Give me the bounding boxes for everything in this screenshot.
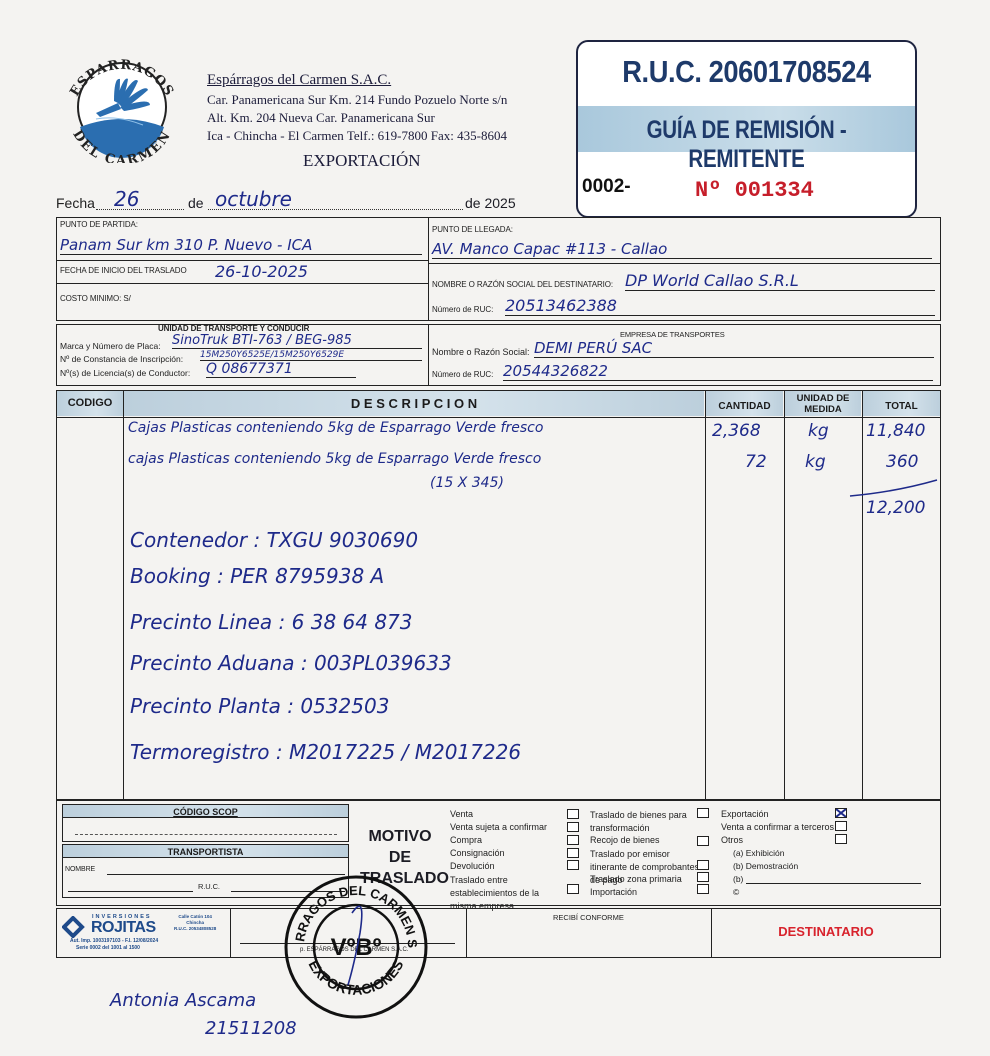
- motivo-transformacion-label: Traslado de bienes para transformación: [590, 809, 690, 835]
- motivo-otros-label: Otros: [721, 835, 743, 845]
- placa-label: Marca y Número de Placa:: [60, 341, 161, 351]
- document-number: Nº 001334: [695, 178, 814, 203]
- asparagus-logo-icon: ESPARRAGOS DEL CARMEN: [58, 35, 186, 163]
- unidad-title: UNIDAD DE TRANSPORTE Y CONDUCIR: [158, 324, 309, 333]
- otros-exhibicion: (a) Exhibición: [733, 848, 785, 858]
- row-2-descripcion: cajas Plasticas conteniendo 5kg de Espar…: [128, 451, 541, 467]
- motivo-compra-checkbox[interactable]: [567, 835, 579, 845]
- motivo-importacion-checkbox[interactable]: [697, 884, 709, 894]
- signature-name: Antonia Ascama: [110, 990, 256, 1011]
- printer-aut: Aut. Imp. 1003197103 - F.I. 12/08/2024: [70, 938, 158, 944]
- fecha-year: de 2025: [465, 195, 516, 211]
- motivo-devolucion-label: Devolución: [450, 861, 495, 871]
- note-precinto-planta: Precinto Planta : 0532503: [130, 694, 389, 718]
- col-header-total: TOTAL: [863, 391, 940, 416]
- fecha-label: Fecha: [56, 195, 95, 211]
- transportista-nombre-label: NOMBRE: [65, 866, 95, 873]
- note-termoregistro: Termoregistro : M2017225 / M2017226: [130, 740, 521, 764]
- transportista-header: TRANSPORTISTA: [62, 844, 349, 858]
- col-header-cantidad: CANTIDAD: [706, 391, 783, 416]
- row-2-unidad: kg: [805, 452, 826, 472]
- printer-address: Calle Catón 104 Chincha R.U.C. 205348085…: [174, 914, 216, 932]
- company-name: Espárragos del Carmen S.A.C.: [207, 72, 391, 89]
- printer-name: ROJITAS: [91, 919, 156, 937]
- motivo-consignacion-checkbox[interactable]: [567, 848, 579, 858]
- ruc-box: R.U.C. 20601708524 GUÍA DE REMISIÓN - RE…: [576, 40, 917, 218]
- copy-destinatario-label: DESTINATARIO: [711, 924, 941, 939]
- destinatario-ruc-label: Número de RUC:: [432, 305, 493, 314]
- destinatario-ruc-value[interactable]: 20513462388: [505, 296, 935, 316]
- inicio-traslado-value[interactable]: 26-10-2025: [215, 262, 308, 281]
- motivo-recojo-checkbox[interactable]: [697, 836, 709, 846]
- printer-serie: Serie 0002 del 1001 al 1500: [76, 945, 140, 951]
- empresa-title: EMPRESA DE TRANSPORTES: [620, 330, 725, 339]
- grand-total: 12,200: [866, 498, 925, 518]
- col-header-unidad: UNIDAD DE MEDIDA: [785, 391, 861, 416]
- signature-id: 21511208: [205, 1018, 297, 1039]
- otros-c: ©: [733, 887, 739, 897]
- note-booking: Booking : PER 8795938 A: [130, 564, 384, 588]
- checkmark-x-icon: [836, 809, 846, 817]
- recibi-conforme-label: RECIBÍ CONFORME: [553, 913, 624, 922]
- otros-specify-field[interactable]: [746, 883, 921, 884]
- company-logo: ESPARRAGOS DEL CARMEN: [58, 35, 186, 163]
- row-1-cantidad: 2,368: [712, 421, 761, 441]
- empresa-nombre-value[interactable]: DEMI PERÚ SAC: [534, 339, 934, 358]
- number-value: 001334: [735, 178, 814, 203]
- llegada-value[interactable]: AV. Manco Capac #113 - Callao: [432, 240, 932, 259]
- motivo-venta-terceros-label: Venta a confirmar a terceros: [721, 822, 834, 832]
- motivo-exportacion-checkbox[interactable]: [835, 808, 847, 818]
- motivo-venta-sujeta-label: Venta sujeta a confirmar: [450, 822, 547, 832]
- fecha-month[interactable]: octubre: [215, 187, 292, 211]
- row-1-unidad: kg: [808, 421, 829, 441]
- motivo-venta-terceros-checkbox[interactable]: [835, 821, 847, 831]
- document-serie: 0002-: [582, 176, 631, 198]
- constancia-label: Nº de Constancia de Inscripción:: [60, 354, 183, 364]
- fecha-de-1: de: [188, 195, 204, 211]
- total-sum-line-icon: [845, 476, 945, 500]
- ruc-number: R.U.C. 20601708524: [598, 54, 895, 90]
- scop-header: CÓDIGO SCOP: [62, 804, 349, 818]
- llegada-label: PUNTO DE LLEGADA:: [432, 225, 513, 234]
- partida-label: PUNTO DE PARTIDA:: [60, 220, 138, 229]
- placa-value[interactable]: SinoTruk BTI-763 / BEG-985: [172, 333, 422, 349]
- motivo-traslado-establecimientos-checkbox[interactable]: [567, 884, 579, 894]
- motivo-importacion-label: Importación: [590, 887, 637, 897]
- company-address-2: Alt. Km. 204 Nueva Car. Panamericana Sur: [207, 110, 435, 126]
- guia-title: GUÍA DE REMISIÓN - REMITENTE: [608, 116, 884, 174]
- motivo-zona-primaria-checkbox[interactable]: [697, 872, 709, 882]
- motivo-venta-checkbox[interactable]: [567, 809, 579, 819]
- description-note: (15 X 345): [430, 475, 504, 491]
- note-contenedor: Contenedor : TXGU 9030690: [130, 528, 418, 552]
- svg-text:VºBº: VºBº: [331, 934, 382, 961]
- licencia-value[interactable]: Q 08677371: [206, 361, 356, 378]
- motivo-compra-label: Compra: [450, 835, 482, 845]
- motivo-emisor-itinerante-checkbox[interactable]: [697, 860, 709, 870]
- svg-text:EXPORTACIONES: EXPORTACIONES: [306, 957, 407, 998]
- row-2-total: 360: [886, 452, 918, 472]
- row-1-descripcion: Cajas Plasticas conteniendo 5kg de Espar…: [128, 420, 543, 436]
- motivo-venta-label: Venta: [450, 809, 473, 819]
- otros-b: (b): [733, 874, 743, 884]
- licencia-label: Nº(s) de Licencia(s) de Conductor:: [60, 368, 190, 378]
- fecha-day[interactable]: 26: [114, 187, 139, 211]
- motivo-zona-primaria-label: Traslado zona primaria: [590, 874, 682, 884]
- printer-info: INVERSIONES ROJITAS Calle Catón 104 Chin…: [62, 914, 226, 954]
- motivo-recojo-label: Recojo de bienes: [590, 835, 660, 845]
- destinatario-value[interactable]: DP World Callao S.R.L: [625, 271, 935, 291]
- guia-title-band: GUÍA DE REMISIÓN - REMITENTE: [578, 106, 915, 152]
- company-address-3: Ica - Chincha - El Carmen Telf.: 619-780…: [207, 128, 507, 144]
- costo-minimo-label: COSTO MINIMO: S/: [60, 294, 131, 303]
- motivo-devolucion-checkbox[interactable]: [567, 860, 579, 870]
- note-precinto-linea: Precinto Linea : 6 38 64 873: [130, 610, 413, 634]
- row-1-total: 11,840: [866, 421, 925, 441]
- row-2-cantidad: 72: [745, 452, 767, 472]
- otros-demostracion: (b) Demostración: [733, 861, 798, 871]
- document-type: EXPORTACIÓN: [303, 151, 421, 171]
- motivo-transformacion-checkbox[interactable]: [697, 808, 709, 818]
- empresa-ruc-label: Número de RUC:: [432, 370, 493, 379]
- rojitas-diamond-icon: [62, 916, 88, 938]
- motivo-consignacion-label: Consignación: [450, 848, 505, 858]
- empresa-nombre-label: Nombre o Razón Social:: [432, 347, 530, 357]
- number-prefix: Nº: [695, 178, 721, 203]
- constancia-value[interactable]: 15M250Y6525E/15M250Y6529E: [200, 350, 422, 361]
- transportista-ruc-label: R.U.C.: [198, 882, 220, 891]
- motivo-venta-sujeta-checkbox[interactable]: [567, 822, 579, 832]
- company-address-1: Car. Panamericana Sur Km. 214 Fundo Pozu…: [207, 92, 507, 108]
- motivo-exportacion-label: Exportación: [721, 809, 769, 819]
- partida-value[interactable]: Panam Sur km 310 P. Nuevo - ICA: [60, 236, 422, 255]
- company-stamp-icon: ESPÁRRAGOS DEL CARMEN S.A.C. EXPORTACION…: [282, 873, 430, 1021]
- col-header-codigo: CODIGO: [57, 391, 123, 416]
- motivo-otros-checkbox[interactable]: [835, 834, 847, 844]
- note-precinto-aduana: Precinto Aduana : 003PL039633: [130, 651, 452, 675]
- inicio-traslado-label: FECHA DE INICIO DEL TRASLADO: [60, 266, 187, 275]
- destinatario-label: NOMBRE O RAZÓN SOCIAL DEL DESTINATARIO:: [432, 280, 613, 289]
- col-header-descripcion: D E S C R I P C I O N: [124, 391, 704, 416]
- empresa-ruc-value[interactable]: 20544326822: [503, 362, 933, 381]
- scop-field[interactable]: [62, 818, 349, 842]
